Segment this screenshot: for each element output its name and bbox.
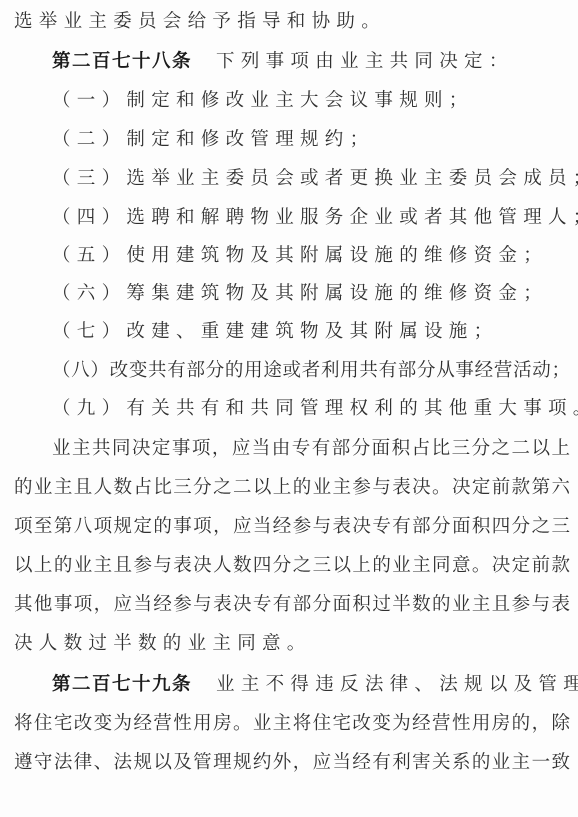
- list-item: （五）使用建筑物及其附属设施的维修资金；: [52, 243, 548, 269]
- list-item: （七）改建、重建建筑物及其附属设施；: [52, 319, 498, 345]
- list-item: （四）选聘和解聘物业服务企业或者其他管理人；: [52, 205, 578, 231]
- paragraph-line: 将住宅改变为经营性用房。业主将住宅改变为经营性用房的，除: [14, 711, 570, 737]
- paragraph-line: 项至第八项规定的事项，应当经参与表决专有部分面积四分之三: [14, 514, 570, 540]
- paragraph-line: 其他事项，应当经参与表决专有部分面积过半数的业主且参与表: [14, 592, 570, 618]
- list-item: （二）制定和修改管理规约；: [52, 127, 374, 153]
- article-279-heading-line: 第二百七十九条业主不得违反法律、法规以及管理规约，: [52, 672, 578, 698]
- list-item: （三）选举业主委员会或者更换业主委员会成员；: [52, 166, 578, 192]
- paragraph-line: 遵守法律、法规以及管理规约外，应当经有利害关系的业主一致: [14, 750, 570, 776]
- paragraph-line: 业主共同决定事项，应当由专有部分面积占比三分之二以上: [52, 436, 570, 462]
- list-item: （六）筹集建筑物及其附属设施的维修资金；: [52, 281, 548, 307]
- paragraph-line: 以上的业主且参与表决人数四分之三以上的业主同意。决定前款: [14, 553, 570, 579]
- article-text: 业主不得违反法律、法规以及管理规约，: [216, 674, 578, 695]
- list-item: （九）有关共有和共同管理权利的其他重大事项。: [52, 396, 578, 422]
- list-item: （八）改变共有部分的用途或者利用共有部分从事经营活动；: [52, 358, 570, 384]
- article-text: 下列事项由业主共同决定：: [216, 51, 514, 72]
- document-page: 选举业主委员会给予指导和协助。 第二百七十八条下列事项由业主共同决定： （一）制…: [0, 0, 578, 817]
- article-number: 第二百七十八条: [52, 51, 192, 72]
- list-item: （一）制定和修改业主大会议事规则；: [52, 88, 474, 114]
- article-278-heading-line: 第二百七十八条下列事项由业主共同决定：: [52, 49, 514, 75]
- paragraph-line: 的业主且人数占比三分之二以上的业主参与表决。决定前款第六: [14, 475, 570, 501]
- article-number: 第二百七十九条: [52, 674, 192, 695]
- paragraph-line: 决人数过半数的业主同意。: [14, 631, 312, 657]
- text-line: 选举业主委员会给予指导和协助。: [14, 9, 386, 35]
